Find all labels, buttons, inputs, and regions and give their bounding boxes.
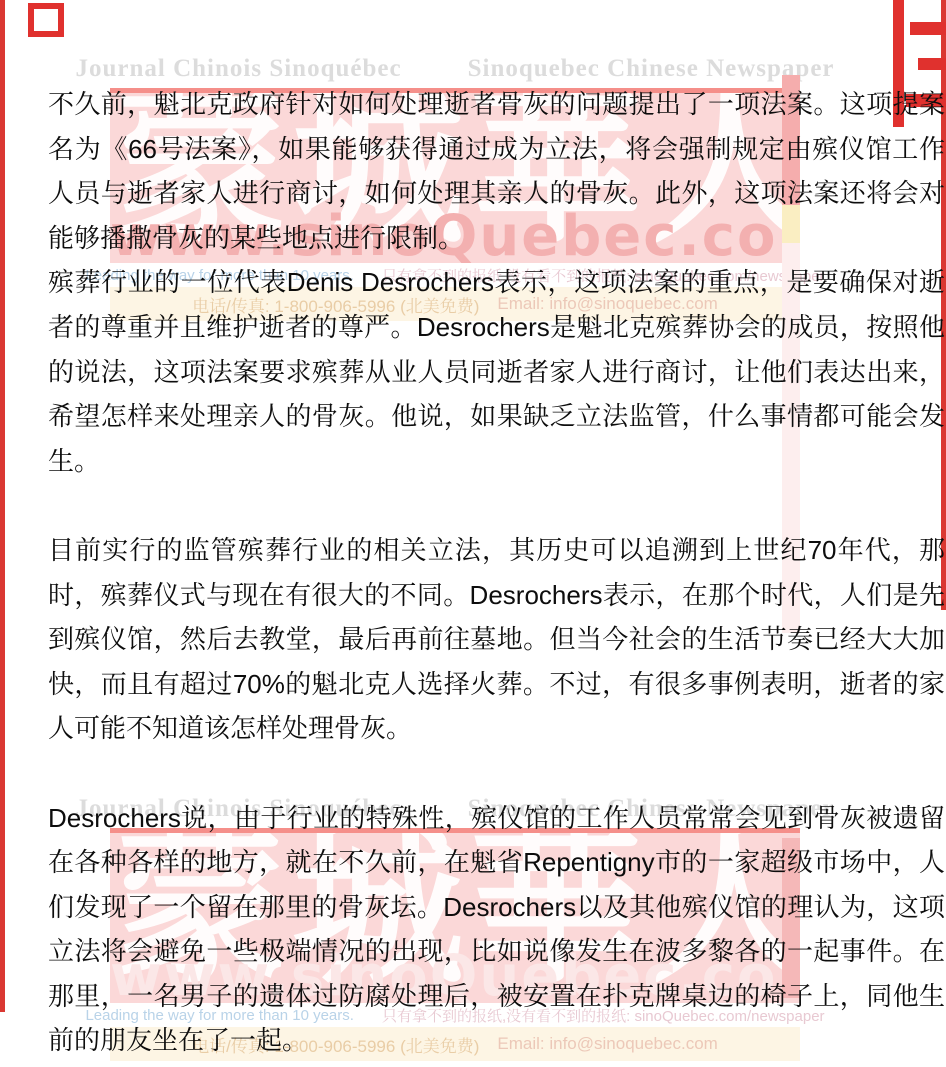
paragraph-2: 殡葬行业的一位代表Denis Desrochers表示，这项法案的重点，是要确保… — [48, 260, 945, 483]
paragraph-3: 目前实行的监管殡葬行业的相关立法，其历史可以追溯到上世纪70年代，那时，殡葬仪式… — [48, 528, 945, 751]
glyph-fragment-topright — [918, 58, 946, 70]
journal-name-french: Journal Chinois Sinoquébec — [76, 55, 402, 83]
article-body: 不久前，魁北克政府针对如何处理逝者骨灰的问题提出了一项法案。这项提案名为《66号… — [48, 82, 945, 1063]
paragraph-1: 不久前，魁北克政府针对如何处理逝者骨灰的问题提出了一项法案。这项提案名为《66号… — [48, 82, 945, 260]
glyph-fragment-topright — [910, 22, 946, 35]
paragraph-4: Desrochers说，由于行业的特殊性，殡仪馆的工作人员常常会见到骨灰被遗留在… — [48, 796, 945, 1064]
journal-name-english: Sinoquebec Chinese Newspaper — [468, 55, 835, 83]
corner-glyph-fragment-topleft — [28, 3, 64, 37]
left-edge-rule — [0, 0, 5, 1012]
newspaper-page: Journal Chinois Sinoquébec Sinoquebec Ch… — [0, 0, 946, 1067]
